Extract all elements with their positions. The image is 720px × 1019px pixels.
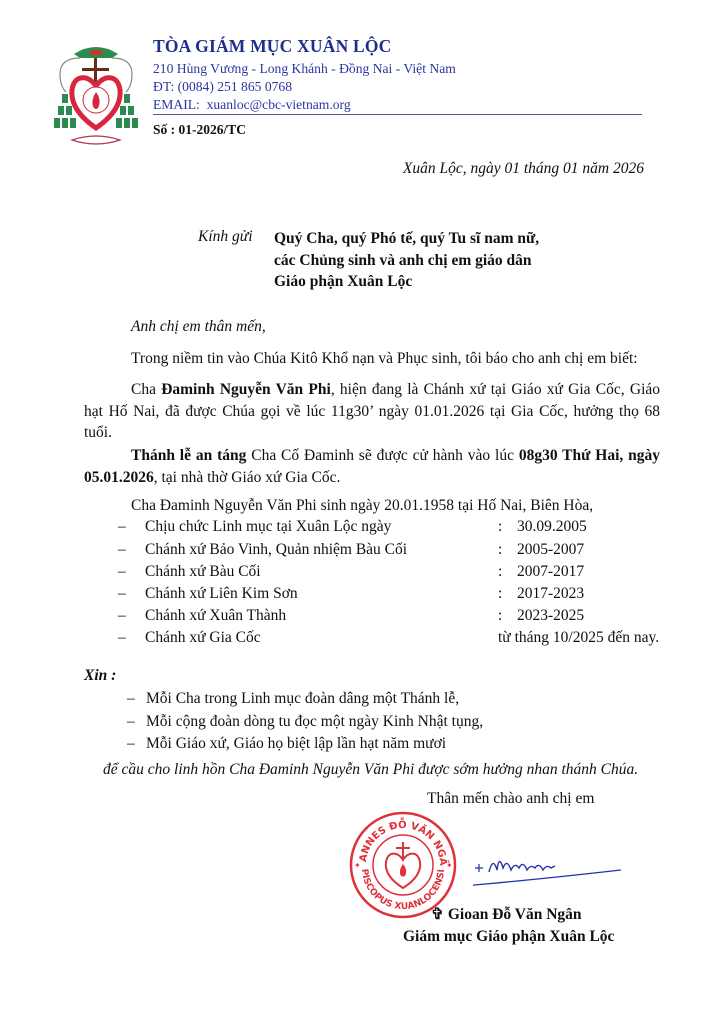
bio-item-label: Chánh xứ Bàu Cối	[145, 563, 261, 581]
bio-item: – Chánh xứ Liên Kim Sơn : 2017-2023	[118, 585, 678, 607]
signer-title: Giám mục Giáo phận Xuân Lộc	[403, 928, 614, 946]
bio-item-value: 2007-2017	[517, 563, 584, 581]
signer-name: ✞ Gioan Đỗ Văn Ngân	[431, 905, 582, 924]
funeral-mass-label: Thánh lễ an táng	[131, 447, 246, 464]
request-label: Xin :	[84, 667, 116, 685]
recipient-line: Giáo phận Xuân Lộc	[274, 271, 539, 293]
date-line: Xuân Lộc, ngày 01 tháng 01 năm 2026	[403, 160, 644, 178]
bio-intro: Cha Đaminh Nguyễn Văn Phi sinh ngày 20.0…	[131, 495, 593, 517]
letterhead-divider	[153, 114, 642, 115]
bio-item: – Chánh xứ Xuân Thành : 2023-2025	[118, 607, 678, 629]
recipient-label: Kính gửi	[198, 228, 253, 246]
bio-item-label: Chịu chức Linh mục tại Xuân Lộc ngày	[145, 518, 391, 536]
bio-item-value: 2023-2025	[517, 607, 584, 625]
seal-icon: IOANNES ĐỖ VĂN NGÂN EPISCOPUS XUANLOCENS…	[348, 810, 458, 920]
organization-phone: ĐT: (0084) 251 865 0768	[153, 79, 292, 95]
deceased-name: Đaminh Nguyễn Văn Phi	[161, 381, 331, 398]
bio-item-label: Chánh xứ Liên Kim Sơn	[145, 585, 298, 603]
bio-item-label: Chánh xứ Bảo Vinh, Quản nhiệm Bàu Cối	[145, 541, 407, 559]
svg-text:✦: ✦	[354, 861, 361, 870]
recipient-line: Quý Cha, quý Phó tế, quý Tu sĩ nam nữ,	[274, 228, 539, 250]
request-purpose: để cầu cho linh hồn Cha Đaminh Nguyễn Vă…	[103, 761, 638, 779]
bio-item-value: từ tháng 10/2025 đến nay.	[498, 629, 659, 647]
diocese-coat-of-arms-logo	[52, 40, 140, 152]
funeral-paragraph: Thánh lễ an táng Cha Cố Đaminh sẽ được c…	[84, 445, 660, 488]
organization-name: TÒA GIÁM MỤC XUÂN LỘC	[153, 36, 392, 57]
email-address[interactable]: xuanloc@cbc-vietnam.org	[207, 97, 351, 112]
bishop-handwritten-signature	[473, 848, 623, 888]
intro-paragraph: Trong niềm tin vào Chúa Kitô Khổ nạn và …	[131, 348, 638, 370]
bio-item: – Chánh xứ Bảo Vinh, Quản nhiệm Bàu Cối …	[118, 541, 678, 563]
organization-email-line: EMAIL: xuanloc@cbc-vietnam.org	[153, 97, 351, 113]
signature-icon	[473, 848, 623, 888]
bio-item-label: Chánh xứ Xuân Thành	[145, 607, 286, 625]
reference-number: Số : 01-2026/TC	[153, 122, 246, 138]
recipient-line: các Chủng sinh và anh chị em giáo dân	[274, 250, 539, 272]
coat-of-arms-icon	[52, 40, 140, 152]
announcement-paragraph: Cha Đaminh Nguyễn Văn Phi, hiện đang là …	[84, 379, 660, 444]
bio-item-value: 2017-2023	[517, 585, 584, 603]
bio-item-value: 2005-2007	[517, 541, 584, 559]
organization-address: 210 Hùng Vương - Long Khánh - Đồng Nai -…	[153, 61, 456, 77]
bio-item: – Chánh xứ Bàu Cối : 2007-2017	[118, 563, 678, 585]
svg-text:✦: ✦	[446, 861, 453, 870]
bio-item-label: Chánh xứ Gia Cốc	[145, 629, 261, 647]
bishop-seal-stamp: IOANNES ĐỖ VĂN NGÂN EPISCOPUS XUANLOCENS…	[348, 810, 458, 920]
bio-item: – Chịu chức Linh mục tại Xuân Lộc ngày :…	[118, 518, 678, 540]
bio-item-value: 30.09.2005	[517, 518, 587, 536]
salutation: Anh chị em thân mến,	[131, 316, 266, 338]
email-label: EMAIL:	[153, 97, 200, 112]
closing-greeting: Thân mến chào anh chị em	[427, 790, 594, 808]
svg-text:IOANNES ĐỖ VĂN NGÂN: IOANNES ĐỖ VĂN NGÂN	[348, 810, 450, 866]
bio-item: – Chánh xứ Gia Cốc từ tháng 10/2025 đến …	[118, 629, 678, 651]
recipient-block: Quý Cha, quý Phó tế, quý Tu sĩ nam nữ, c…	[274, 228, 539, 293]
